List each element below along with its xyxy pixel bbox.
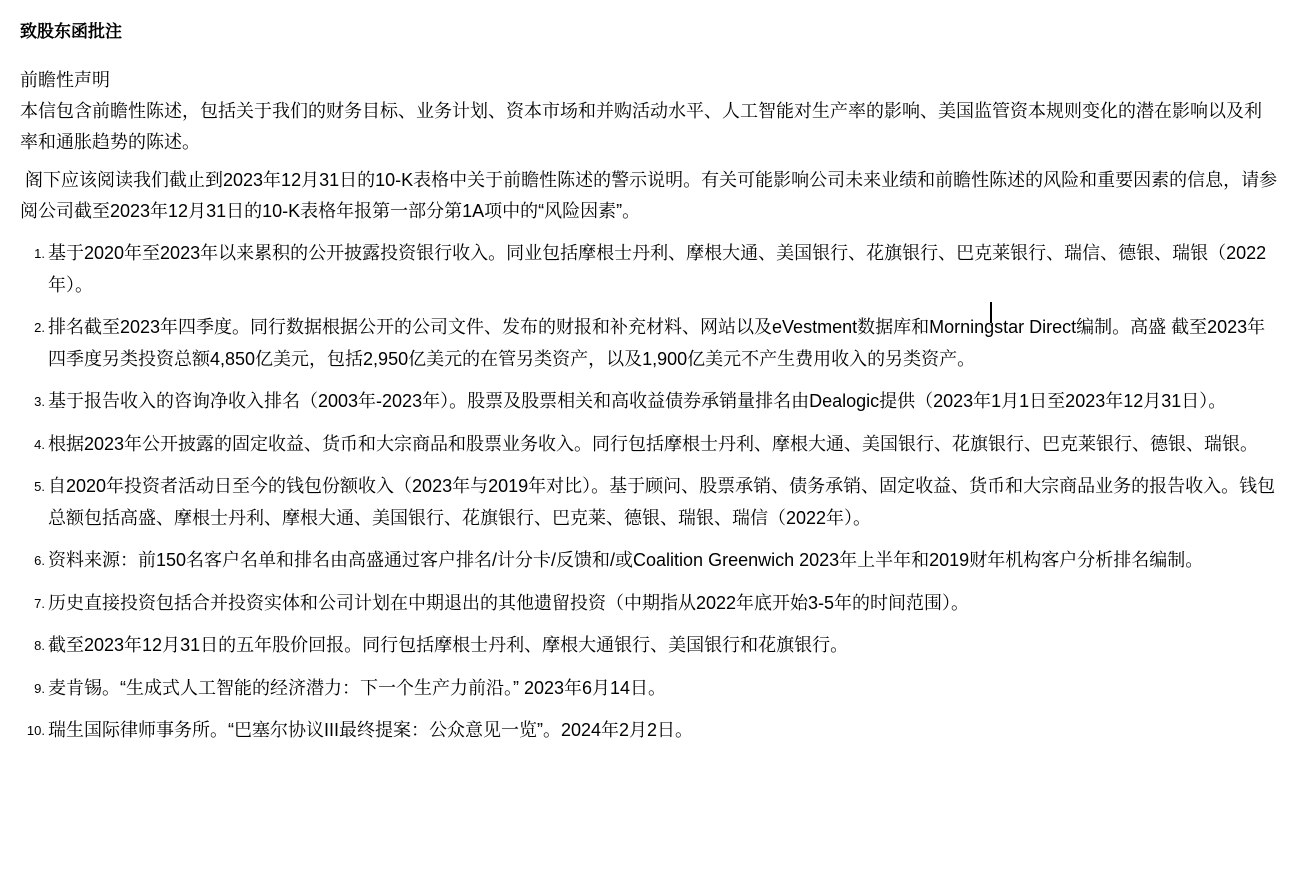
footnote-text: 历史直接投资包括合并投资实体和公司计划在中期退出的其他遗留投资（中期指从2022… — [48, 593, 969, 613]
footnote-text: 基于2020年至2023年以来累积的公开披露投资银行收入。同业包括摩根士丹利、摩… — [48, 243, 1266, 295]
footnote-number: 2. — [20, 312, 45, 344]
footnote-number: 5. — [20, 471, 45, 503]
text-cursor — [990, 302, 992, 323]
footnote-item-1: 1. 基于2020年至2023年以来累积的公开披露投资银行收入。同业包括摩根士丹… — [20, 238, 1278, 301]
intro-paragraph-2: 阁下应该阅读我们截止到2023年12月31日的10-K表格中关于前瞻性陈述的警示… — [20, 165, 1278, 227]
footnote-number: 3. — [20, 386, 45, 418]
footnote-text: 截至2023年12月31日的五年股价回报。同行包括摩根士丹利、摩根大通银行、美国… — [48, 635, 848, 655]
footnote-number: 7. — [20, 588, 45, 620]
intro-paragraph-1: 本信包含前瞻性陈述，包括关于我们的财务目标、业务计划、资本市场和并购活动水平、人… — [20, 96, 1278, 158]
footnote-text: 自2020年投资者活动日至今的钱包份额收入（2023年与2019年对比）。基于顾… — [48, 476, 1275, 528]
footnote-item-2: 2. 排名截至2023年四季度。同行数据根据公开的公司文件、发布的财报和补充材料… — [20, 312, 1278, 375]
footnote-text: 麦肯锡。“生成式人工智能的经济潜力：下一个生产力前沿。” 2023年6月14日。 — [48, 678, 666, 698]
footnote-item-7: 7. 历史直接投资包括合并投资实体和公司计划在中期退出的其他遗留投资（中期指从2… — [20, 588, 1278, 620]
document-page: 致股东函批注 前瞻性声明 本信包含前瞻性陈述，包括关于我们的财务目标、业务计划、… — [0, 0, 1314, 871]
footnote-item-8: 8. 截至2023年12月31日的五年股价回报。同行包括摩根士丹利、摩根大通银行… — [20, 630, 1278, 662]
footnote-number: 4. — [20, 429, 45, 461]
footnote-text: 基于报告收入的咨询净收入排名（2003年-2023年）。股票及股票相关和高收益债… — [48, 391, 1226, 411]
footnote-text: 资料来源：前150名客户名单和排名由高盛通过客户排名/计分卡/反馈和/或Coal… — [48, 550, 1203, 570]
footnote-number: 1. — [20, 238, 45, 270]
forward-looking-heading: 前瞻性声明 — [20, 65, 1278, 96]
footnote-text: 排名截至2023年四季度。同行数据根据公开的公司文件、发布的财报和补充材料、网站… — [48, 317, 1265, 369]
footnote-item-9: 9. 麦肯锡。“生成式人工智能的经济潜力：下一个生产力前沿。” 2023年6月1… — [20, 673, 1278, 705]
footnote-item-4: 4. 根据2023年公开披露的固定收益、货币和大宗商品和股票业务收入。同行包括摩… — [20, 429, 1278, 461]
footnote-text: 瑞生国际律师事务所。“巴塞尔协议III最终提案：公众意见一览”。2024年2月2… — [48, 720, 693, 740]
footnote-item-5: 5. 自2020年投资者活动日至今的钱包份额收入（2023年与2019年对比）。… — [20, 471, 1278, 534]
footnote-item-6: 6. 资料来源：前150名客户名单和排名由高盛通过客户排名/计分卡/反馈和/或C… — [20, 545, 1278, 577]
footnote-text: 根据2023年公开披露的固定收益、货币和大宗商品和股票业务收入。同行包括摩根士丹… — [48, 434, 1258, 454]
page-title: 致股东函批注 — [20, 21, 1278, 42]
footnote-item-3: 3. 基于报告收入的咨询净收入排名（2003年-2023年）。股票及股票相关和高… — [20, 386, 1278, 418]
footnote-list: 1. 基于2020年至2023年以来累积的公开披露投资银行收入。同业包括摩根士丹… — [20, 238, 1278, 747]
footnote-number: 10. — [20, 715, 45, 747]
footnote-number: 9. — [20, 673, 45, 705]
footnote-number: 8. — [20, 630, 45, 662]
footnote-number: 6. — [20, 545, 45, 577]
footnote-item-10: 10. 瑞生国际律师事务所。“巴塞尔协议III最终提案：公众意见一览”。2024… — [20, 715, 1278, 747]
